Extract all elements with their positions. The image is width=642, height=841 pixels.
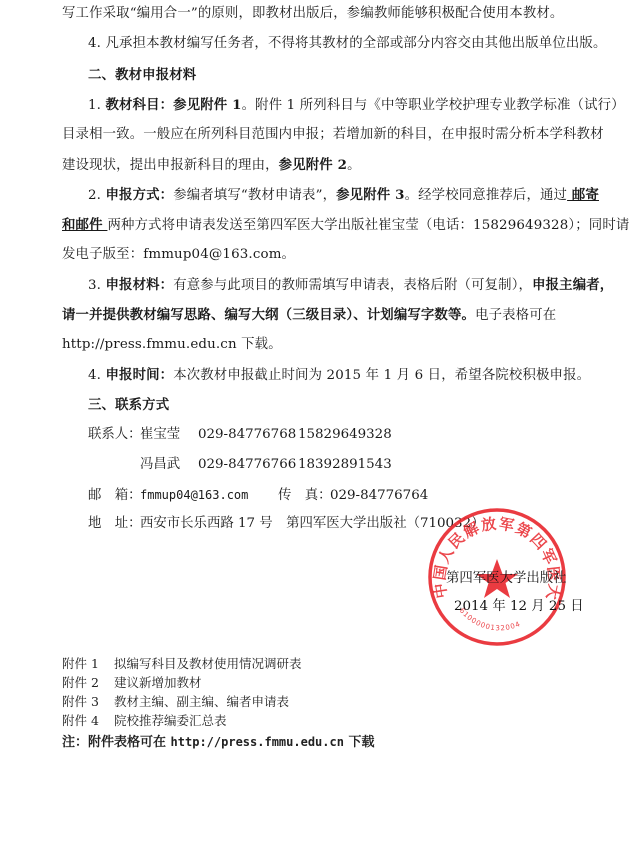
attachment-item: 附件 3教材主编、副主编、编者申请表 xyxy=(62,694,289,710)
item-number: 3. xyxy=(88,278,105,293)
attachment-item: 附件 1拟编写科目及教材使用情况调研表 xyxy=(62,656,302,672)
signature-date: 2014 年 12 月 25 日 xyxy=(454,595,584,614)
item-1-line-3: 建设现状，提出申报新科目的理由，参见附件 2。 xyxy=(62,156,361,175)
attachment-number: 附件 2 xyxy=(62,675,114,691)
contact-phone: 029-84776766 xyxy=(198,456,298,474)
item-label: 申报材料： xyxy=(105,277,173,293)
item-3-line-3: http://press.fmmu.edu.cn 下载。 xyxy=(62,336,282,354)
note-label: 注： xyxy=(62,735,88,750)
attachment-item: 附件 4院校推荐编委汇总表 xyxy=(62,713,227,729)
item-2-line-2: 和邮件 两种方式将申请表发送至第四军医大学出版社崔宝莹（电话：158296493… xyxy=(62,216,629,235)
item-1-line-2: 目录相一致。一般应在所列科目范围内申报；若增加新的科目，在申报时需分析本学科教材 xyxy=(62,126,604,144)
item-text: 两种方式将申请表发送至第四军医大学出版社崔宝莹（电话：15829649328）；… xyxy=(107,218,629,233)
fax-label: 传 真： xyxy=(278,487,330,505)
note-url[interactable]: http://press.fmmu.edu.cn xyxy=(171,735,344,749)
attachment-item: 附件 2建议新增加教材 xyxy=(62,675,202,691)
item-number: 4. xyxy=(88,368,105,383)
underlined-method: 和邮件 xyxy=(62,217,107,233)
attachment-title: 建议新增加教材 xyxy=(114,675,202,690)
attachment-number: 附件 4 xyxy=(62,713,114,729)
contact-mobile: 18392891543 xyxy=(298,456,392,474)
item-text: 。经学校同意推荐后，通过 xyxy=(405,188,568,203)
paragraph-line: 写工作采取“编用合一”的原则，即教材出版后，参编教师能够积极配合使用本教材。 xyxy=(62,5,563,23)
note-text: 附件表格可在 xyxy=(88,735,171,750)
item-text: 。 xyxy=(347,158,361,173)
item-text: 参编者填写“教材申请表”， xyxy=(173,188,336,203)
item-label: 申报时间： xyxy=(105,367,173,383)
item-text: 本次教材申报截止时间为 2015 年 1 月 6 日，希望各院校积极申报。 xyxy=(173,368,590,383)
attachment-title: 拟编写科目及教材使用情况调研表 xyxy=(114,656,302,671)
item-text: 电子表格可在 xyxy=(475,308,556,323)
attachment-title: 院校推荐编委汇总表 xyxy=(114,713,227,728)
attachment-number: 附件 1 xyxy=(62,656,114,672)
item-3-line-2: 请一并提供教材编写思路、编写大纲（三级目录）、计划编写字数等。电子表格可在 xyxy=(62,306,556,325)
item-text: 建设现状，提出申报新科目的理由， xyxy=(62,158,279,173)
contact-name: 崔宝莹 xyxy=(140,426,198,444)
email-label: 邮 箱： xyxy=(88,487,140,505)
item-bold-text: 请一并提供教材编写思路、编写大纲（三级目录）、计划编写字数等。 xyxy=(62,307,475,323)
official-seal: 中国人民解放军第四军医大学出版社 6100000132004 第四军医大学出版社… xyxy=(427,507,567,647)
attachment-ref: 参见附件 2 xyxy=(279,157,347,173)
email-value: fmmup04@163.com xyxy=(140,486,278,504)
clause-4: 4. 凡承担本教材编写任务者，不得将其教材的全部或部分内容交由其他出版单位出版。 xyxy=(88,35,607,53)
item-text: 有意参与此项目的教师需填写申请表，表格后附（可复制）， xyxy=(173,278,532,293)
clause-number: 4. xyxy=(88,36,105,51)
contact-row: 冯昌武029-8477676618392891543 xyxy=(88,456,392,474)
attachment-title: 教材主编、副主编、编者申请表 xyxy=(114,694,289,709)
item-3-line-1: 3. 申报材料：有意参与此项目的教师需填写申请表，表格后附（可复制），申报主编者… xyxy=(88,276,613,295)
item-1-line-1: 1. 教材科目：参见附件 1。附件 1 所列科目与《中等职业学校护理专业教学标准… xyxy=(88,96,625,115)
signature-org: 第四军医大学出版社 xyxy=(446,567,567,586)
item-2-line-3: 发电子版至：fmmup04@163.com。 xyxy=(62,246,295,264)
address-label: 地 址： xyxy=(88,515,140,533)
item-number: 1. xyxy=(88,98,105,113)
fax-value: 029-84776764 xyxy=(330,487,428,505)
email-fax-row: 邮 箱：fmmup04@163.com传 真：029-84776764 xyxy=(88,486,428,505)
item-label: 教材科目：参见附件 1 xyxy=(105,97,241,113)
contact-mobile: 15829649328 xyxy=(298,426,392,444)
clause-text: 凡承担本教材编写任务者，不得将其教材的全部或部分内容交由其他出版单位出版。 xyxy=(105,36,606,51)
contact-name: 冯昌武 xyxy=(140,456,198,474)
section-heading-contact: 三、联系方式 xyxy=(88,396,169,414)
contact-row: 联系人：崔宝莹029-8477676815829649328 xyxy=(88,426,392,444)
section-heading-materials: 二、教材申报材料 xyxy=(88,66,196,84)
item-4: 4. 申报时间：本次教材申报截止时间为 2015 年 1 月 6 日，希望各院校… xyxy=(88,366,590,385)
attachment-number: 附件 3 xyxy=(62,694,114,710)
attachment-ref: 参见附件 3 xyxy=(336,187,404,203)
item-label: 申报方式： xyxy=(105,187,173,203)
underlined-method: 邮寄 xyxy=(567,187,599,203)
item-text: 。附件 1 所列科目与《中等职业学校护理专业教学标准（试行） xyxy=(242,98,625,113)
item-bold-text: 申报主编者， xyxy=(532,277,613,293)
contact-label: 联系人： xyxy=(88,426,140,444)
note-suffix: 下载 xyxy=(344,735,375,750)
address-row: 地 址：西安市长乐西路 17 号 第四军医大学出版社（710032） xyxy=(88,515,484,533)
contact-phone: 029-84776768 xyxy=(198,426,298,444)
item-number: 2. xyxy=(88,188,105,203)
note-line: 注：附件表格可在 http://press.fmmu.edu.cn 下载 xyxy=(62,734,374,751)
item-2-line-1: 2. 申报方式：参编者填写“教材申请表”，参见附件 3。经学校同意推荐后，通过 … xyxy=(88,186,599,205)
